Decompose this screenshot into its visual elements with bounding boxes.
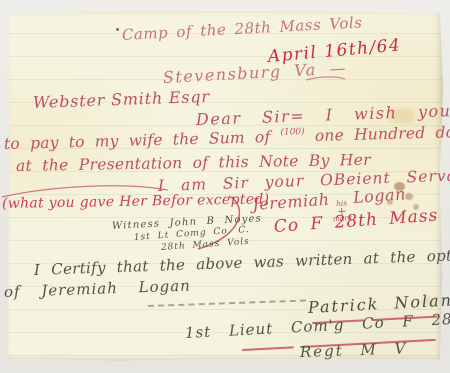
ink-speck <box>116 28 119 31</box>
amount-superscript: (100) <box>280 127 304 138</box>
signer-first-name: Jeremiah <box>252 190 330 214</box>
scanned-letter-page: Camp of the 28th Mass Vols April 16th/64… <box>0 0 450 373</box>
signer-last-name: Logan <box>352 184 406 207</box>
body-text-part2: one Hundred dollars <box>315 122 450 145</box>
